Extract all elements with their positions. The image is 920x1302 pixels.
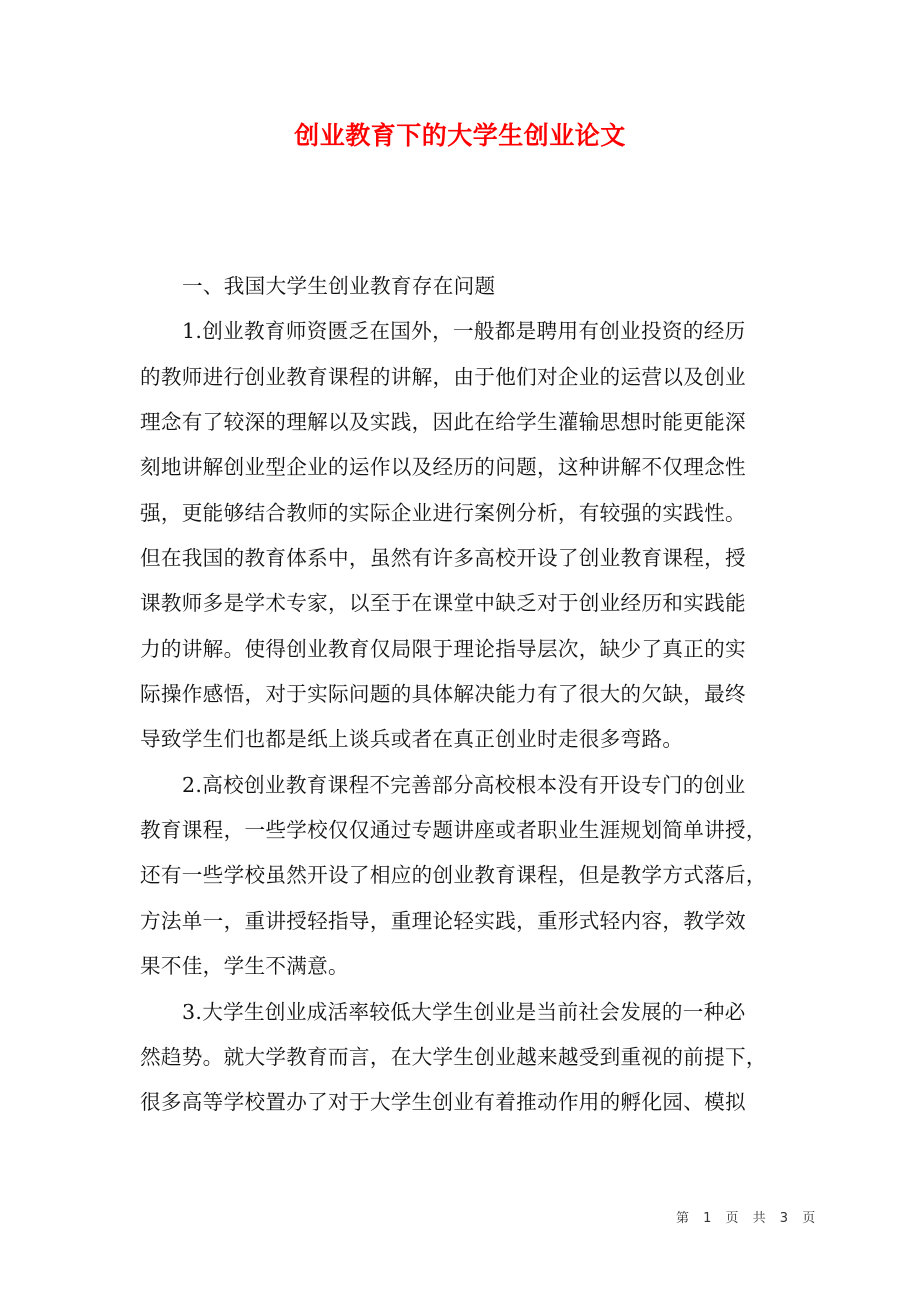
page-indicator: 第 1 页 共 3 页 (676, 1207, 820, 1226)
paragraph-1: 1.创业教育师资匮乏在国外，一般都是聘用有创业投资的经历 的教师进行创业教育课程… (140, 309, 784, 762)
text-line: 2.高校创业教育课程不完善部分高校根本没有开设专门的创业 (140, 763, 784, 808)
text-line: 然趋势。就大学教育而言，在大学生创业越来越受到重视的前提下， (140, 1035, 784, 1080)
document-title: 创业教育下的大学生创业论文 (0, 118, 920, 154)
text-line: 强，更能够结合教师的实际企业进行案例分析，有较强的实践性。 (140, 491, 784, 536)
text-line: 方法单一，重讲授轻指导，重理论轻实践，重形式轻内容，教学效 (140, 899, 784, 944)
text-line: 理念有了较深的理解以及实践，因此在给学生灌输思想时能更能深 (140, 400, 784, 445)
text-line: 力的讲解。使得创业教育仅局限于理论指导层次，缺少了真正的实 (140, 627, 784, 672)
text-line: 刻地讲解创业型企业的运作以及经历的问题，这种讲解不仅理念性 (140, 445, 784, 490)
text-line: 际操作感悟，对于实际问题的具体解决能力有了很大的欠缺，最终 (140, 672, 784, 717)
text-line: 但在我国的教育体系中，虽然有许多高校开设了创业教育课程，授 (140, 536, 784, 581)
text-line: 教育课程，一些学校仅仅通过专题讲座或者职业生涯规划简单讲授， (140, 808, 784, 853)
text-line: 导致学生们也都是纸上谈兵或者在真正创业时走很多弯路。 (140, 717, 784, 762)
text-line: 课教师多是学术专家，以至于在课堂中缺乏对于创业经历和实践能 (140, 581, 784, 626)
document-body: 一、我国大学生创业教育存在问题 1.创业教育师资匮乏在国外，一般都是聘用有创业投… (140, 264, 784, 1126)
document-page: 创业教育下的大学生创业论文 一、我国大学生创业教育存在问题 1.创业教育师资匮乏… (0, 0, 920, 1302)
text-line: 果不佳，学生不满意。 (140, 944, 784, 989)
text-line: 1.创业教育师资匮乏在国外，一般都是聘用有创业投资的经历 (140, 309, 784, 354)
text-line: 的教师进行创业教育课程的讲解，由于他们对企业的运营以及创业 (140, 355, 784, 400)
section-heading: 一、我国大学生创业教育存在问题 (140, 264, 784, 309)
text-line: 3.大学生创业成活率较低大学生创业是当前社会发展的一种必 (140, 990, 784, 1035)
paragraph-2: 2.高校创业教育课程不完善部分高校根本没有开设专门的创业 教育课程，一些学校仅仅… (140, 763, 784, 990)
paragraph-3: 3.大学生创业成活率较低大学生创业是当前社会发展的一种必 然趋势。就大学教育而言… (140, 990, 784, 1126)
text-line: 很多高等学校置办了对于大学生创业有着推动作用的孵化园、模拟 (140, 1080, 784, 1125)
text-line: 还有一些学校虽然开设了相应的创业教育课程，但是教学方式落后， (140, 853, 784, 898)
